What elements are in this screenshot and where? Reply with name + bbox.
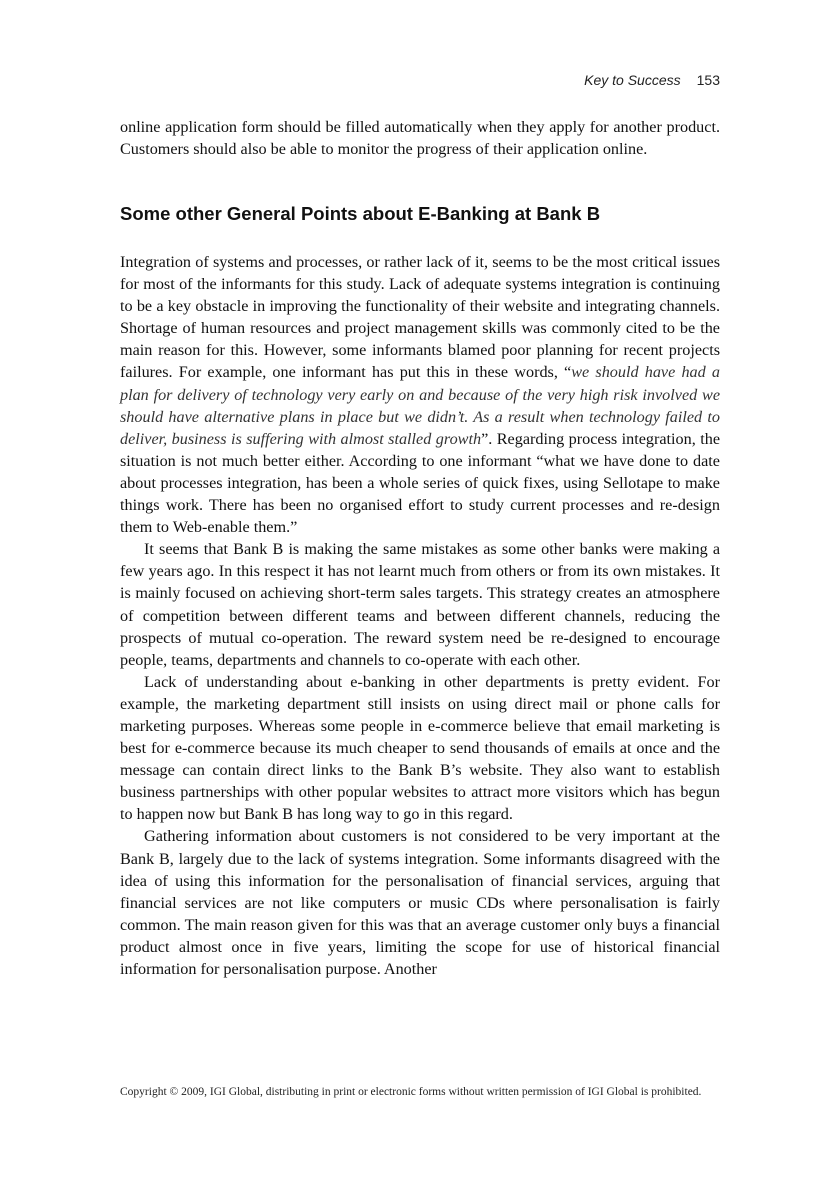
paragraph-mistakes: It seems that Bank B is making the same … xyxy=(120,538,720,671)
section-body: Integration of systems and processes, or… xyxy=(120,251,720,980)
paragraph-customer-info: Gathering information about customers is… xyxy=(120,825,720,980)
paragraph-integration: Integration of systems and processes, or… xyxy=(120,251,720,538)
running-head: Key to Success 153 xyxy=(584,72,720,88)
section-heading: Some other General Points about E-Bankin… xyxy=(120,203,740,225)
opening-paragraph-block: online application form should be filled… xyxy=(120,116,720,160)
opening-paragraph: online application form should be filled… xyxy=(120,116,720,160)
paragraph-understanding: Lack of understanding about e-banking in… xyxy=(120,671,720,826)
running-head-title: Key to Success xyxy=(584,72,681,88)
copyright-footer: Copyright © 2009, IGI Global, distributi… xyxy=(120,1085,720,1100)
page-number: 153 xyxy=(697,72,720,88)
